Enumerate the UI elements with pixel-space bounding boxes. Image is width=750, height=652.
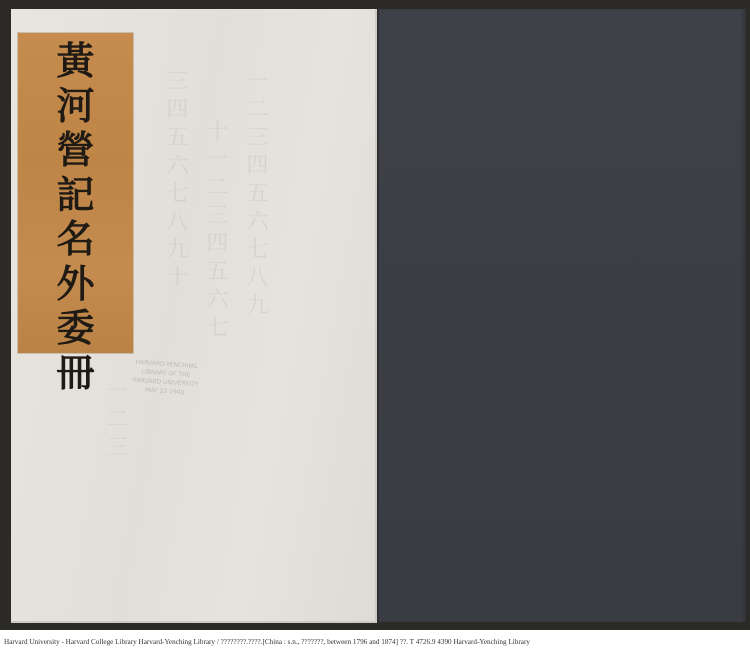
title-char: 委 (56, 306, 94, 351)
title-char: 名 (56, 217, 94, 262)
title-char: 冊 (56, 351, 94, 396)
library-stamp: HARVARD-YENCHING LIBRARY OF THE HARVARD … (117, 357, 215, 404)
bleed-through-text: 一二三四五六七八九 (241, 69, 269, 321)
title-slip: 黃 河 營 記 名 外 委 冊 (18, 33, 133, 353)
title-char: 黃 (56, 39, 94, 84)
title-text: 黃 河 營 記 名 外 委 冊 (18, 39, 133, 395)
footer-caption: Harvard University - Harvard College Lib… (4, 638, 746, 650)
title-char: 營 (56, 128, 94, 173)
right-cover (377, 9, 746, 622)
title-char: 河 (56, 84, 94, 129)
title-char: 記 (56, 173, 94, 218)
bleed-through-text: 三四五六七八九十 (161, 69, 189, 293)
scan-background: 一二三四五六七八九 十一二三四五六七 三四五六七八九十 一二三 黃 河 營 記 … (0, 0, 750, 630)
bleed-through-text: 十一二三四五六七 (201, 119, 229, 343)
title-char: 外 (56, 262, 94, 307)
